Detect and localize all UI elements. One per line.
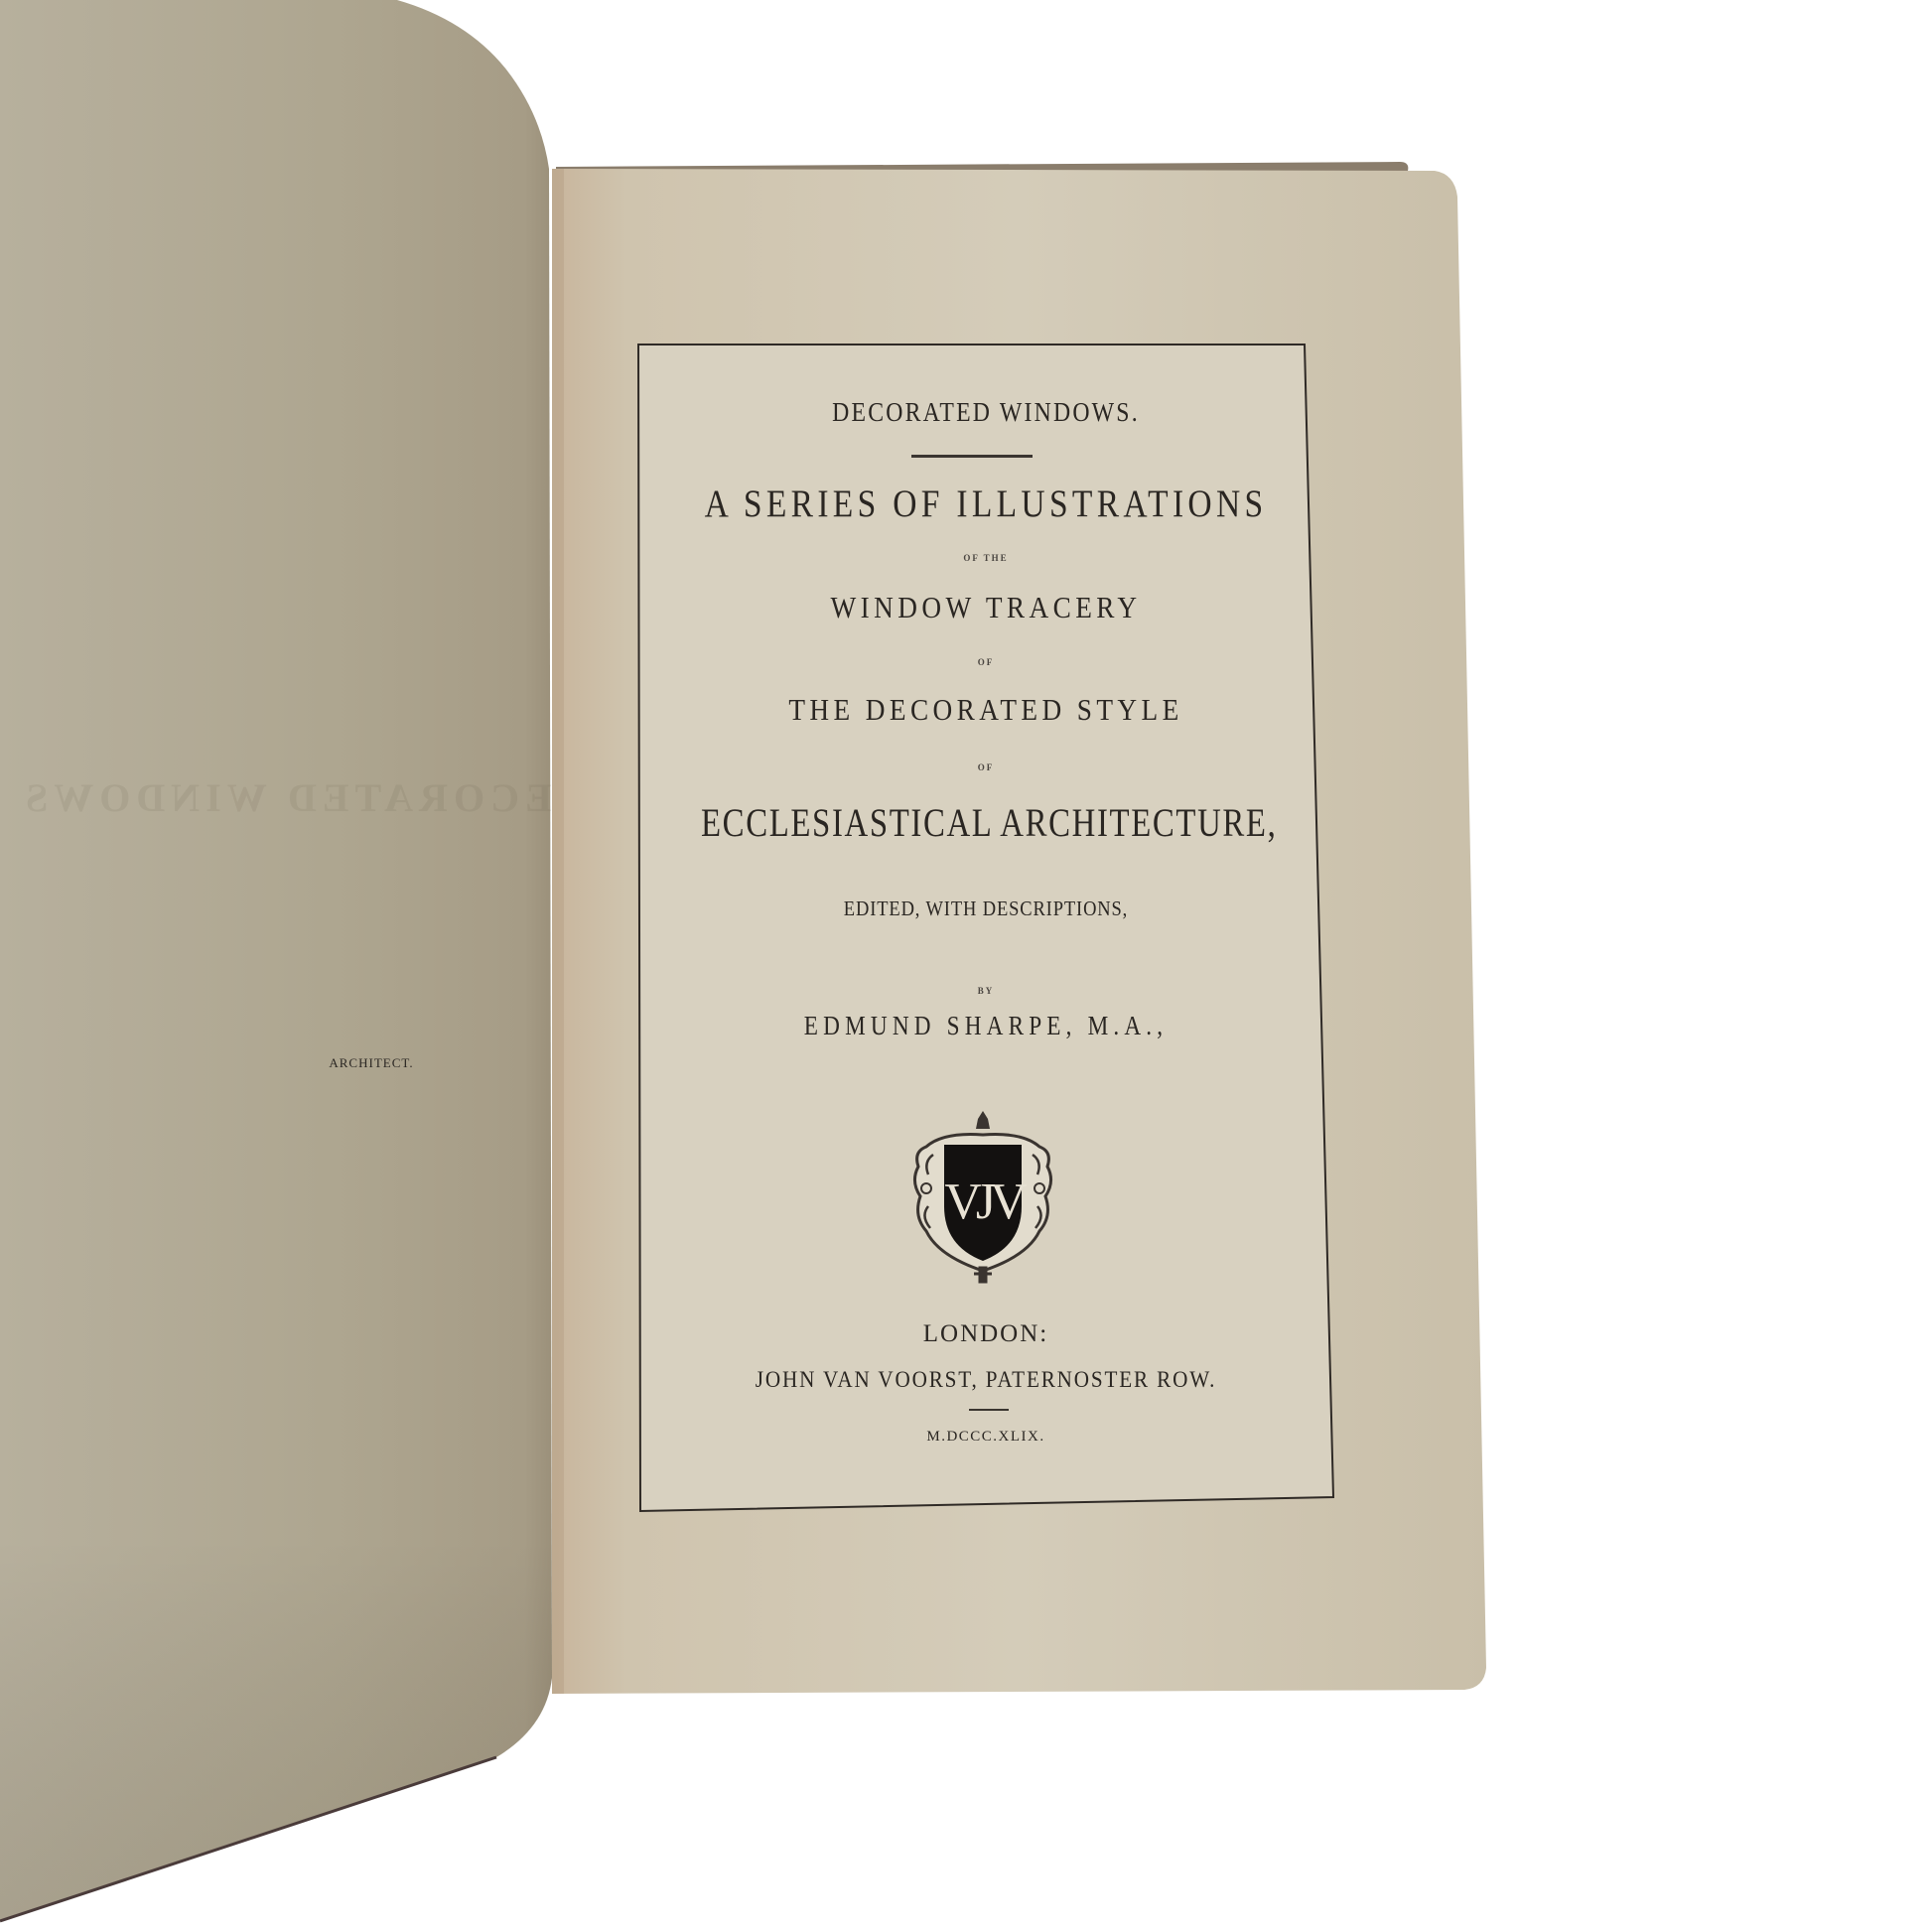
left-page-verso: DECORATED WINDOWS <box>0 0 1932 1932</box>
left-page-shape <box>0 0 1932 1932</box>
showthrough-text: DECORATED WINDOWS <box>20 774 587 821</box>
